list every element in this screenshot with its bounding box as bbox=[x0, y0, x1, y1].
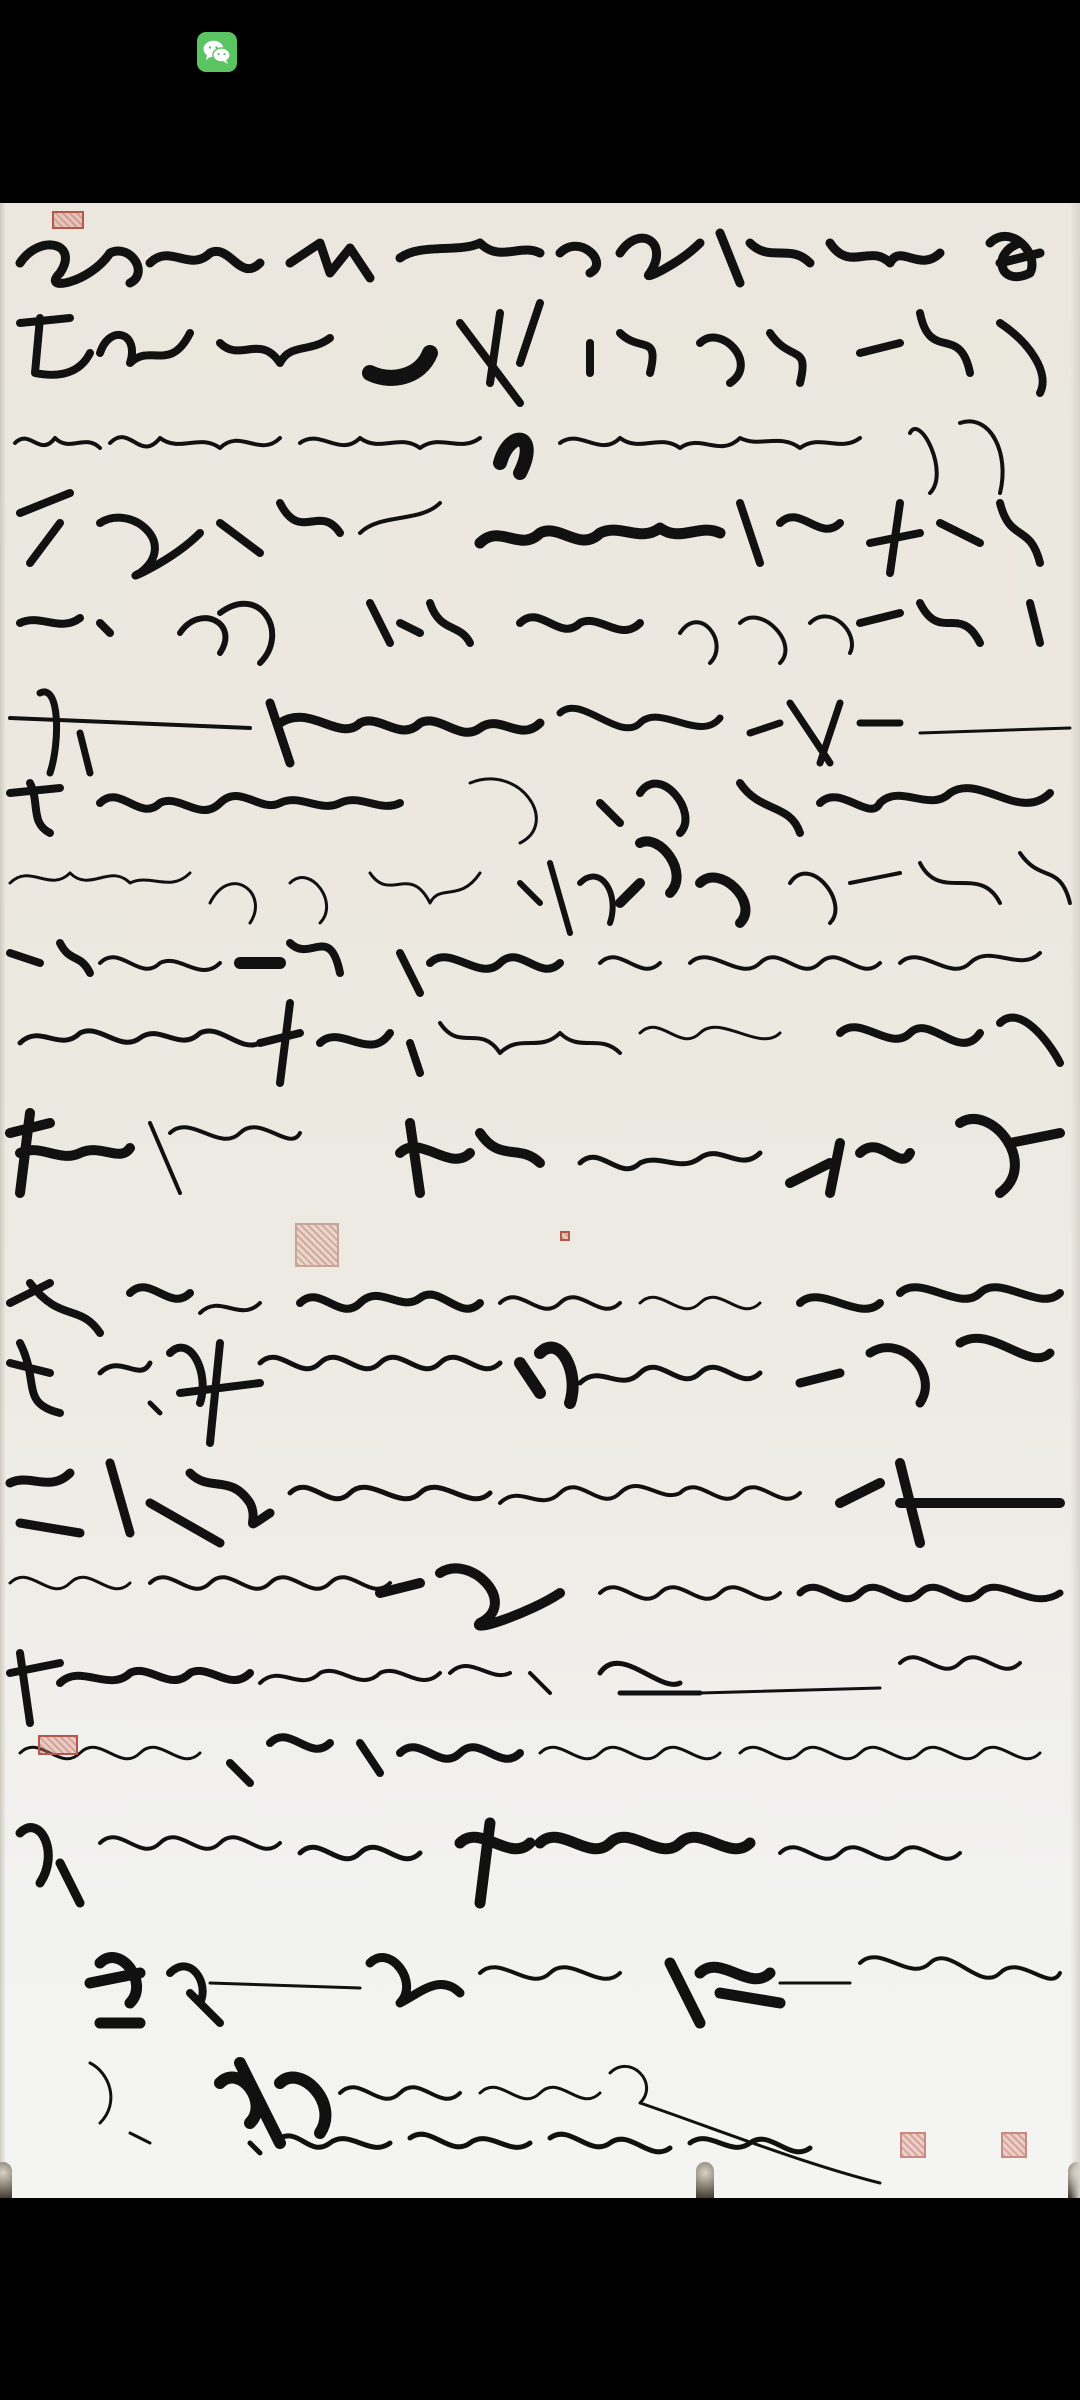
wechat-icon[interactable] bbox=[197, 32, 237, 72]
middle-seal-large bbox=[295, 1223, 339, 1267]
left-lower-seal bbox=[38, 1735, 78, 1755]
middle-seal-small bbox=[560, 1231, 570, 1241]
bottom-right-seal-2 bbox=[1001, 2132, 1027, 2158]
calligraphy-artwork bbox=[0, 203, 1080, 2198]
bottom-right-seal-1 bbox=[900, 2132, 926, 2158]
scroll-rod-middle bbox=[696, 2162, 714, 2198]
top-left-seal bbox=[52, 211, 84, 229]
image-viewer[interactable] bbox=[0, 203, 1080, 2198]
wechat-bubbles-icon bbox=[202, 39, 232, 65]
scroll-rod-right bbox=[1068, 2162, 1080, 2198]
scroll-rod-left bbox=[0, 2162, 12, 2198]
